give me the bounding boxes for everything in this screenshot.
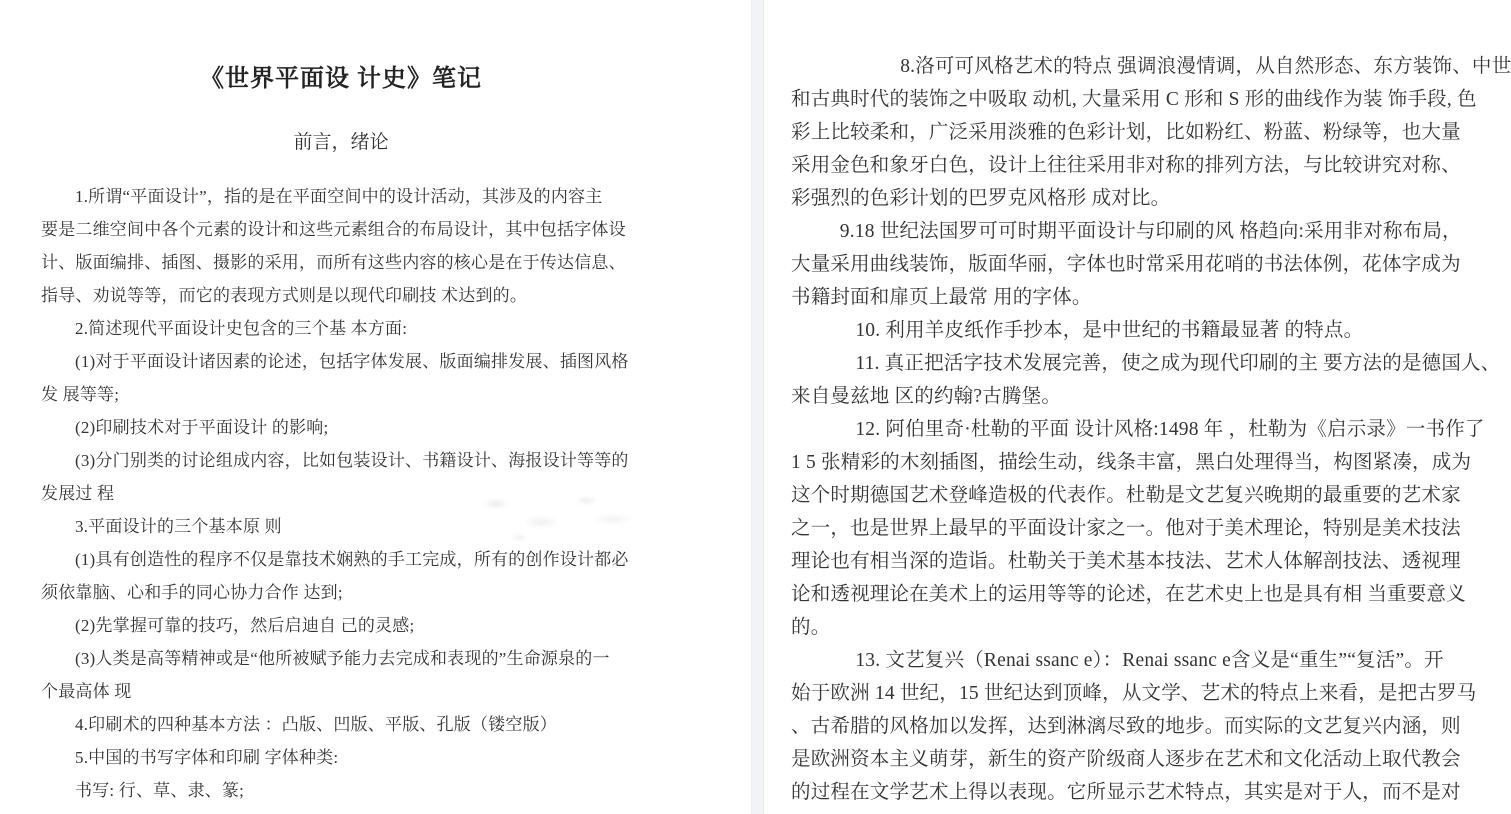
text-line: 的过程在文学艺术上得以表现。它所显示艺术特点，其实是对于人，而不是对 [791, 776, 1511, 809]
text-line: 和古典时代的装饰之中吸取 动机, 大量采用 C 形和 S 形的曲线作为装 饰手段… [791, 83, 1511, 116]
text-line: 书写: 行、草、隶、篆; [41, 774, 629, 807]
document-title: 《世界平面设 计史》笔记 [41, 58, 641, 93]
section-heading: 前言，绪论 [41, 127, 641, 154]
text-line: 始于欧洲 14 世纪，15 世纪达到顶峰，从文学、艺术的特点上来看，是把古罗马 [791, 677, 1511, 710]
text-line: 这个时期德国艺术登峰造极的代表作。杜勒是文艺复兴晚期的最重要的艺术家 [791, 479, 1511, 512]
text-line: 之一，也是世界上最早的平面设计家之一。他对于美术理论，特别是美术技法 [791, 512, 1511, 545]
text-line: 11. 真正把活字技术发展完善，使之成为现代印刷的主 要方法的是德国人、 [791, 347, 1511, 380]
right-page-text-block: 8.洛可可风格艺术的特点 强调浪漫情调，从自然形态、东方装饰、中世纪和古典时代的… [791, 50, 1511, 809]
text-line: 彩上比较柔和，广泛采用淡雅的色彩计划，比如粉红、粉蓝、粉绿等，也大量 [791, 116, 1511, 149]
text-line: 须依靠脑、心和手的同心协力合作 达到; [41, 576, 629, 609]
text-line: 要是二维空间中各个元素的设计和这些元素组合的布局设计，其中包括字体设 [41, 213, 629, 246]
page-left: 《世界平面设 计史》笔记 前言，绪论 1.所谓“平面设计”，指的是在平面空间中的… [0, 0, 751, 814]
text-line: 发展过 程 [41, 477, 629, 510]
text-line: 彩强烈的色彩计划的巴罗克风格形 成对比。 [791, 182, 1511, 215]
text-line: 9.18 世纪法国罗可可时期平面设计与印刷的风 格趋向:采用非对称布局， [791, 215, 1511, 248]
page-right: 8.洛可可风格艺术的特点 强调浪漫情调，从自然形态、东方装饰、中世纪和古典时代的… [764, 0, 1511, 814]
text-line: 10. 利用羊皮纸作手抄本，是中世纪的书籍最显著 的特点。 [791, 314, 1511, 347]
text-line: 来自曼兹地 区的约翰?古腾堡。 [791, 380, 1511, 413]
text-line: 2.简述现代平面设计史包含的三个基 本方面: [41, 312, 629, 345]
text-line: (3)分门别类的讨论组成内容，比如包装设计、书籍设计、海报设计等等的 [41, 444, 629, 477]
left-page-text-block: 1.所谓“平面设计”，指的是在平面空间中的设计活动，其涉及的内容主要是二维空间中… [41, 180, 629, 807]
text-line: 发 展等等; [41, 378, 629, 411]
text-line: 是欧洲资本主义萌芽，新生的资产阶级商人逐步在艺术和文化活动上取代教会 [791, 743, 1511, 776]
text-line: (1)对于平面设计诸因素的论述，包括字体发展、版面编排发展、插图风格 [41, 345, 629, 378]
text-line: 计、版面编排、插图、摄影的采用，而所有这些内容的核心是在于传达信息、 [41, 246, 629, 279]
text-line: 、古希腊的风格加以发挥，达到淋漓尽致的地步。而实际的文艺复兴内涵，则 [791, 710, 1511, 743]
text-line: 指导、劝说等等，而它的表现方式则是以现代印刷技 术达到的。 [41, 279, 629, 312]
text-line: 理论也有相当深的造诣。杜勒关于美术基本技法、艺术人体解剖技法、透视理 [791, 545, 1511, 578]
text-line: (3)人类是高等精神或是“他所被赋予能力去完成和表现的”生命源泉的一 [41, 642, 629, 675]
text-line: 1 5 张精彩的木刻插图，描绘生动，线条丰富，黑白处理得当，构图紧凑，成为 [791, 446, 1511, 479]
document-spread: 《世界平面设 计史》笔记 前言，绪论 1.所谓“平面设计”，指的是在平面空间中的… [0, 0, 1511, 814]
text-line: (2)先掌握可靠的技巧，然后启迪自 己的灵感; [41, 609, 629, 642]
text-line: 5.中国的书写字体和印刷 字体种类: [41, 741, 629, 774]
text-line: 个最高体 现 [41, 675, 629, 708]
page-gap-divider [751, 0, 764, 814]
text-line: 8.洛可可风格艺术的特点 强调浪漫情调，从自然形态、东方装饰、中世纪 [791, 50, 1511, 83]
text-line: 的。 [791, 611, 1511, 644]
text-line: 1.所谓“平面设计”，指的是在平面空间中的设计活动，其涉及的内容主 [41, 180, 629, 213]
text-line: 12. 阿伯里奇·杜勒的平面 设计风格:1498 年 ，杜勒为《启示录》一书作了 [791, 413, 1511, 446]
text-line: 大量采用曲线装饰，版面华丽，字体也时常采用花哨的书法体例，花体字成为 [791, 248, 1511, 281]
text-line: 4.印刷术的四种基本方法 ：凸版、凹版、平版、孔版（镂空版） [41, 708, 629, 741]
text-line: 书籍封面和扉页上最常 用的字体。 [791, 281, 1511, 314]
text-line: (2)印刷技术对于平面设计 的影响; [41, 411, 629, 444]
text-line: 采用金色和象牙白色，设计上往往采用非对称的排列方法，与比较讲究对称、 [791, 149, 1511, 182]
text-line: (1)具有创造性的程序不仅是靠技术娴熟的手工完成，所有的创作设计都必 [41, 543, 629, 576]
text-line: 13. 文艺复兴（Renai ssanc e）：Renai ssanc e含义是… [791, 644, 1511, 677]
text-line: 论和透视理论在美术上的运用等等的论述，在艺术史上也是具有相 当重要意义 [791, 578, 1511, 611]
text-line: 3.平面设计的三个基本原 则 [41, 510, 629, 543]
